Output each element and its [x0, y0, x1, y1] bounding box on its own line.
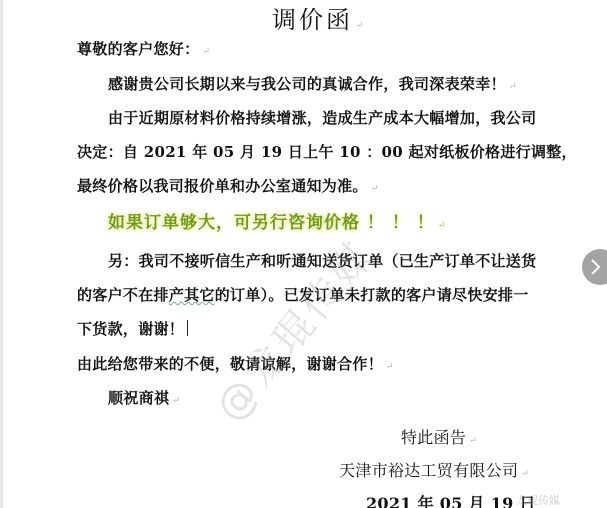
- notice-closing: 特此函告↵: [401, 425, 477, 448]
- regards: 顺祝商祺↵: [108, 387, 180, 408]
- paragraph-text: 由于近期原材料价格持续增涨，造成生产成本大幅增加，我公司: [108, 109, 536, 127]
- paragraph-other-line3: 下货款，谢谢！: [77, 318, 188, 339]
- next-page-button[interactable]: [582, 249, 607, 285]
- regards-text: 顺祝商祺: [108, 389, 169, 407]
- paragraph-mark: ↵: [172, 396, 180, 406]
- paragraph-text: 下货款，谢谢！: [77, 320, 184, 338]
- corner-watermark: 龙琨传媒: [516, 492, 560, 508]
- spellcheck-underline-text: 产其它: [169, 286, 215, 304]
- paragraph-text: 决定：自 2021 年 05 月 19 日上午 10 ：00 起对纸板价格进行调…: [77, 143, 577, 161]
- notice-text: 特此函告: [401, 428, 466, 447]
- highlight-text: 如果订单够大，可另行咨询价格 ！ ！ ！: [108, 213, 435, 233]
- text-cursor: [187, 320, 188, 336]
- signature-date: 2021 年 05 月 19 日: [366, 491, 536, 508]
- paragraph-reason-line3: 最终价格以我司报价单和办公室通知为准。↵: [77, 175, 379, 196]
- company-signature: 天津市裕达工贸有限公司↵: [339, 458, 529, 481]
- paragraph-mark: ↵: [521, 469, 529, 479]
- greeting: 尊敬的客户您好：↵: [77, 38, 210, 59]
- document-title: 调价函↵: [272, 0, 367, 35]
- paragraph-mark: ↵: [386, 362, 394, 372]
- paragraph-mark: ↵: [371, 184, 379, 194]
- paragraph-text: 最终价格以我司报价单和办公室通知为准。: [77, 177, 368, 195]
- paragraph-text: 感谢贵公司长期以来与我公司的真诚合作，我司深表荣幸！: [108, 75, 506, 93]
- paragraph-reason-line1: 由于近期原材料价格持续增涨，造成生产成本大幅增加，我公司: [108, 107, 536, 128]
- paragraph-mark: ↵: [202, 47, 210, 57]
- paragraph-reason-line2: 决定：自 2021 年 05 月 19 日上午 10 ：00 起对纸板价格进行调…: [77, 141, 577, 162]
- greeting-text: 尊敬的客户您好：: [77, 40, 199, 58]
- paragraph-mark: ↵: [509, 82, 517, 92]
- company-name: 天津市裕达工贸有限公司: [339, 461, 518, 480]
- paragraph-mark: ↵: [469, 436, 477, 446]
- paragraph-text: 的客户不在排: [77, 286, 169, 304]
- title-text: 调价函: [272, 6, 353, 34]
- highlight-notice: 如果订单够大，可另行咨询价格 ！ ！ ！↵: [108, 208, 446, 233]
- chevron-right-icon: [590, 259, 602, 275]
- date-text: 2021 年 05 月 19 日: [366, 494, 536, 508]
- page-edge: [0, 0, 3, 508]
- paragraph-mark: ↵: [356, 21, 367, 31]
- paragraph-text: 的订单）。已发订单未打款的客户请尽快安排一: [215, 286, 529, 304]
- paragraph-thanks: 感谢贵公司长期以来与我公司的真诚合作，我司深表荣幸！↵: [108, 73, 517, 94]
- document-page: 调价函↵ 尊敬的客户您好：↵ 感谢贵公司长期以来与我公司的真诚合作，我司深表荣幸…: [0, 0, 607, 508]
- paragraph-mark: ↵: [438, 221, 447, 231]
